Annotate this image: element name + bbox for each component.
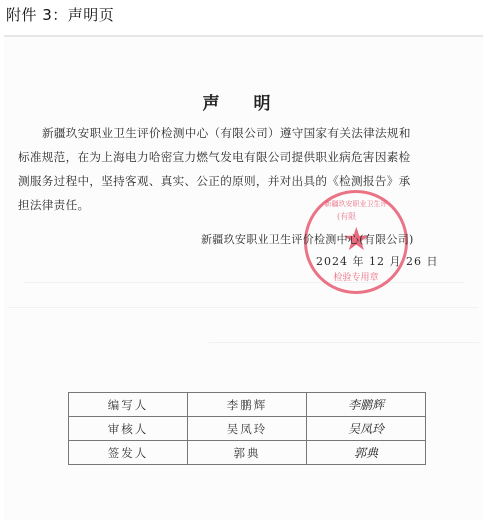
signature-text: 吴凤玲 — [348, 422, 384, 436]
scan-artifact-line — [8, 307, 478, 308]
document-title: 声 明 — [4, 89, 483, 114]
table-row: 编写人 李鹏辉 李鹏辉 — [69, 393, 426, 417]
handwritten-signature: 郭典 — [307, 441, 426, 465]
name-cell: 吴凤玲 — [188, 417, 307, 441]
signature-table: 编写人 李鹏辉 李鹏辉 审核人 吴凤玲 吴凤玲 签发人 郭典 郭典 — [68, 392, 426, 465]
handwritten-signature: 吴凤玲 — [307, 417, 426, 441]
role-cell: 签发人 — [69, 441, 188, 465]
name-cell: 李鹏辉 — [188, 393, 307, 417]
role-cell: 审核人 — [69, 417, 188, 441]
table-row: 审核人 吴凤玲 吴凤玲 — [69, 417, 426, 441]
declaration-page: 声 明 新疆玖安职业卫生评价检测中心（有限公司）遵守国家有关法律法规和标准规范，… — [4, 35, 483, 520]
attachment-caption: 附件 3：声明页 — [6, 4, 114, 25]
stamp-top-text: 新疆玖安职业卫生评 — [321, 199, 391, 209]
signature-date: 2024 年 12 月 26 日 — [316, 253, 438, 269]
signature-text: 郭典 — [354, 446, 378, 460]
handwritten-signature: 李鹏辉 — [307, 393, 426, 417]
signature-organization: 新疆玖安职业卫生评价检测中心(有限公司) — [201, 231, 414, 247]
scan-artifact-line — [209, 342, 479, 343]
signature-text: 李鹏辉 — [348, 398, 384, 412]
table-row: 签发人 郭典 郭典 — [69, 441, 426, 465]
name-cell: 郭典 — [188, 441, 307, 465]
role-cell: 编写人 — [69, 393, 188, 417]
stamp-bottom-text: 检验专用章 — [307, 270, 405, 283]
